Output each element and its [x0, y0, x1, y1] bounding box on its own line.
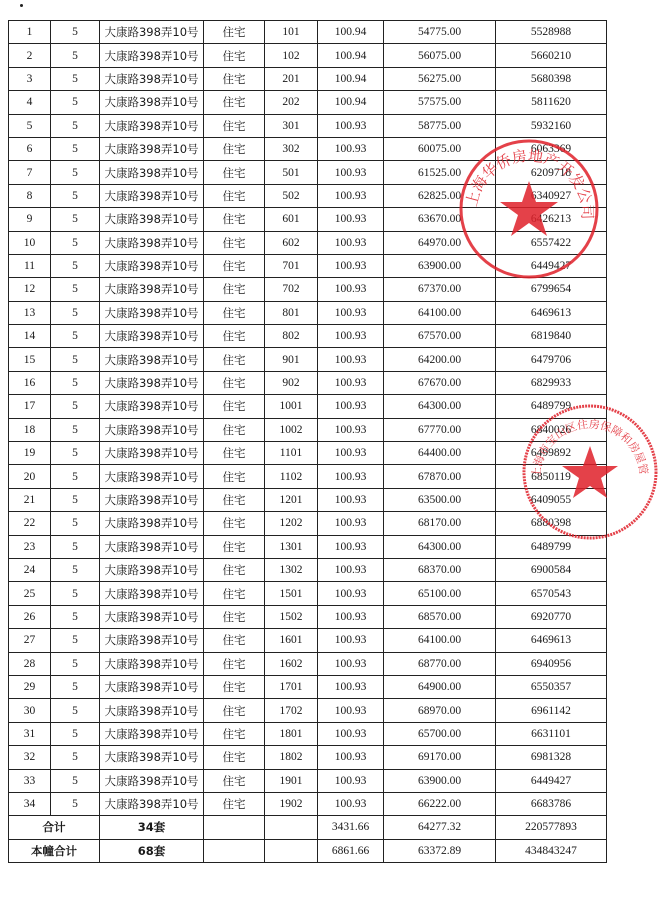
total-price-cell: 6449427: [496, 769, 607, 792]
table-row: 335大康路398弄10号住宅1901100.9363900.006449427: [9, 769, 607, 792]
table-row: 25大康路398弄10号住宅102100.9456075.005660210: [9, 44, 607, 67]
table-row: 175大康路398弄10号住宅1001100.9364300.006489799: [9, 395, 607, 418]
room-number-cell: 1802: [265, 746, 318, 769]
unit-price-cell: 64900.00: [384, 675, 496, 698]
total-price-cell: 5811620: [496, 91, 607, 114]
address-cell: 大康路398弄10号: [100, 91, 204, 114]
total-price-cell: 6479706: [496, 348, 607, 371]
floor-area-cell: 100.93: [318, 605, 384, 628]
room-number-cell: 201: [265, 67, 318, 90]
room-number-cell: 1302: [265, 558, 318, 581]
building-total-label: 本幢合计: [9, 839, 100, 862]
unit-price-cell: 67370.00: [384, 278, 496, 301]
floor-area-cell: 100.94: [318, 91, 384, 114]
unit-price-cell: 60075.00: [384, 137, 496, 160]
address-cell: 大康路398弄10号: [100, 769, 204, 792]
use-type-cell: 住宅: [204, 254, 265, 277]
room-number-cell: 1201: [265, 488, 318, 511]
table-row: 205大康路398弄10号住宅1102100.9367870.006850119: [9, 465, 607, 488]
table-row: 55大康路398弄10号住宅301100.9358775.005932160: [9, 114, 607, 137]
subtotal-area: 3431.66: [318, 816, 384, 839]
address-cell: 大康路398弄10号: [100, 675, 204, 698]
unit-price-cell: 57575.00: [384, 91, 496, 114]
unit-price-cell: 67570.00: [384, 325, 496, 348]
table-row: 265大康路398弄10号住宅1502100.9368570.006920770: [9, 605, 607, 628]
table-row: 35大康路398弄10号住宅201100.9456275.005680398: [9, 67, 607, 90]
subtotal-total: 220577893: [496, 816, 607, 839]
total-price-cell: 5680398: [496, 67, 607, 90]
row-number-cell: 3: [9, 67, 51, 90]
room-number-cell: 1701: [265, 675, 318, 698]
table-row: 75大康路398弄10号住宅501100.9361525.006209718: [9, 161, 607, 184]
unit-price-cell: 58775.00: [384, 114, 496, 137]
row-number-cell: 25: [9, 582, 51, 605]
use-type-cell: 住宅: [204, 558, 265, 581]
building-number-cell: 5: [51, 746, 100, 769]
room-number-cell: 701: [265, 254, 318, 277]
address-cell: 大康路398弄10号: [100, 792, 204, 815]
building-number-cell: 5: [51, 137, 100, 160]
floor-area-cell: 100.93: [318, 325, 384, 348]
floor-area-cell: 100.94: [318, 67, 384, 90]
total-price-cell: 6940956: [496, 652, 607, 675]
building-number-cell: 5: [51, 722, 100, 745]
unit-price-cell: 65100.00: [384, 582, 496, 605]
row-number-cell: 13: [9, 301, 51, 324]
unit-price-cell: 56275.00: [384, 67, 496, 90]
total-price-cell: 6819840: [496, 325, 607, 348]
use-type-cell: 住宅: [204, 746, 265, 769]
price-list-body: 15大康路398弄10号住宅101100.9454775.00552898825…: [9, 21, 607, 816]
room-number-cell: 1901: [265, 769, 318, 792]
address-cell: 大康路398弄10号: [100, 699, 204, 722]
address-cell: 大康路398弄10号: [100, 746, 204, 769]
room-number-cell: 301: [265, 114, 318, 137]
building-total-total: 434843247: [496, 839, 607, 862]
total-price-cell: 6840026: [496, 418, 607, 441]
use-type-cell: 住宅: [204, 582, 265, 605]
address-cell: 大康路398弄10号: [100, 488, 204, 511]
building-number-cell: 5: [51, 535, 100, 558]
building-number-cell: 5: [51, 769, 100, 792]
total-price-cell: 6981328: [496, 746, 607, 769]
use-type-cell: 住宅: [204, 91, 265, 114]
row-number-cell: 5: [9, 114, 51, 137]
row-number-cell: 33: [9, 769, 51, 792]
address-cell: 大康路398弄10号: [100, 325, 204, 348]
total-price-cell: 6489799: [496, 395, 607, 418]
table-row: 65大康路398弄10号住宅302100.9360075.006063369: [9, 137, 607, 160]
table-row: 15大康路398弄10号住宅101100.9454775.005528988: [9, 21, 607, 44]
total-price-cell: 6570543: [496, 582, 607, 605]
room-number-cell: 602: [265, 231, 318, 254]
address-cell: 大康路398弄10号: [100, 629, 204, 652]
building-number-cell: 5: [51, 442, 100, 465]
address-cell: 大康路398弄10号: [100, 161, 204, 184]
total-price-cell: 6557422: [496, 231, 607, 254]
row-number-cell: 6: [9, 137, 51, 160]
building-number-cell: 5: [51, 675, 100, 698]
use-type-cell: 住宅: [204, 792, 265, 815]
subtotal-row: 合计 34套 3431.66 64277.32 220577893: [9, 816, 607, 839]
unit-price-cell: 64300.00: [384, 395, 496, 418]
row-number-cell: 32: [9, 746, 51, 769]
total-price-cell: 6340927: [496, 184, 607, 207]
use-type-cell: 住宅: [204, 605, 265, 628]
row-number-cell: 9: [9, 208, 51, 231]
row-number-cell: 20: [9, 465, 51, 488]
room-number-cell: 101: [265, 21, 318, 44]
room-number-cell: 302: [265, 137, 318, 160]
row-number-cell: 30: [9, 699, 51, 722]
table-row: 135大康路398弄10号住宅801100.9364100.006469613: [9, 301, 607, 324]
use-type-cell: 住宅: [204, 301, 265, 324]
use-type-cell: 住宅: [204, 44, 265, 67]
room-number-cell: 1301: [265, 535, 318, 558]
unit-price-cell: 67770.00: [384, 418, 496, 441]
row-number-cell: 4: [9, 91, 51, 114]
row-number-cell: 27: [9, 629, 51, 652]
unit-price-cell: 64100.00: [384, 301, 496, 324]
unit-price-cell: 61525.00: [384, 161, 496, 184]
unit-price-cell: 56075.00: [384, 44, 496, 67]
address-cell: 大康路398弄10号: [100, 652, 204, 675]
total-price-cell: 6469613: [496, 301, 607, 324]
total-price-cell: 6449427: [496, 254, 607, 277]
row-number-cell: 15: [9, 348, 51, 371]
row-number-cell: 21: [9, 488, 51, 511]
unit-price-cell: 64200.00: [384, 348, 496, 371]
use-type-cell: 住宅: [204, 325, 265, 348]
use-type-cell: 住宅: [204, 465, 265, 488]
table-row: 105大康路398弄10号住宅602100.9364970.006557422: [9, 231, 607, 254]
price-list-table: 15大康路398弄10号住宅101100.9454775.00552898825…: [8, 20, 607, 863]
room-number-cell: 902: [265, 371, 318, 394]
table-row: 295大康路398弄10号住宅1701100.9364900.006550357: [9, 675, 607, 698]
total-price-cell: 6683786: [496, 792, 607, 815]
row-number-cell: 18: [9, 418, 51, 441]
floor-area-cell: 100.94: [318, 21, 384, 44]
total-price-cell: 6209718: [496, 161, 607, 184]
table-row: 315大康路398弄10号住宅1801100.9365700.006631101: [9, 722, 607, 745]
table-row: 255大康路398弄10号住宅1501100.9365100.006570543: [9, 582, 607, 605]
table-row: 145大康路398弄10号住宅802100.9367570.006819840: [9, 325, 607, 348]
total-price-cell: 6850119: [496, 465, 607, 488]
floor-area-cell: 100.93: [318, 395, 384, 418]
room-number-cell: 102: [265, 44, 318, 67]
floor-area-cell: 100.93: [318, 722, 384, 745]
table-row: 305大康路398弄10号住宅1702100.9368970.006961142: [9, 699, 607, 722]
address-cell: 大康路398弄10号: [100, 558, 204, 581]
building-number-cell: 5: [51, 465, 100, 488]
floor-area-cell: 100.93: [318, 278, 384, 301]
use-type-cell: 住宅: [204, 21, 265, 44]
total-price-cell: 6489799: [496, 535, 607, 558]
total-price-cell: 6799654: [496, 278, 607, 301]
total-price-cell: 6631101: [496, 722, 607, 745]
room-number-cell: 202: [265, 91, 318, 114]
room-number-cell: 901: [265, 348, 318, 371]
floor-area-cell: 100.93: [318, 465, 384, 488]
room-number-cell: 1702: [265, 699, 318, 722]
unit-price-cell: 67870.00: [384, 465, 496, 488]
building-total-empty-room: [265, 839, 318, 862]
building-number-cell: 5: [51, 325, 100, 348]
total-price-cell: 6900584: [496, 558, 607, 581]
floor-area-cell: 100.93: [318, 512, 384, 535]
use-type-cell: 住宅: [204, 442, 265, 465]
use-type-cell: 住宅: [204, 395, 265, 418]
subtotal-count: 34套: [100, 816, 204, 839]
address-cell: 大康路398弄10号: [100, 137, 204, 160]
total-price-cell: 5660210: [496, 44, 607, 67]
table-row: 165大康路398弄10号住宅902100.9367670.006829933: [9, 371, 607, 394]
building-number-cell: 5: [51, 488, 100, 511]
building-number-cell: 5: [51, 558, 100, 581]
total-price-cell: 6829933: [496, 371, 607, 394]
scan-speck: [20, 4, 23, 7]
row-number-cell: 11: [9, 254, 51, 277]
building-number-cell: 5: [51, 161, 100, 184]
building-number-cell: 5: [51, 44, 100, 67]
floor-area-cell: 100.93: [318, 254, 384, 277]
floor-area-cell: 100.93: [318, 442, 384, 465]
total-price-cell: 6880398: [496, 512, 607, 535]
address-cell: 大康路398弄10号: [100, 348, 204, 371]
unit-price-cell: 63900.00: [384, 254, 496, 277]
building-number-cell: 5: [51, 395, 100, 418]
building-number-cell: 5: [51, 21, 100, 44]
row-number-cell: 10: [9, 231, 51, 254]
building-number-cell: 5: [51, 278, 100, 301]
address-cell: 大康路398弄10号: [100, 44, 204, 67]
building-total-avg-price: 63372.89: [384, 839, 496, 862]
room-number-cell: 1202: [265, 512, 318, 535]
use-type-cell: 住宅: [204, 652, 265, 675]
building-number-cell: 5: [51, 605, 100, 628]
room-number-cell: 1002: [265, 418, 318, 441]
building-number-cell: 5: [51, 629, 100, 652]
total-price-cell: 6426213: [496, 208, 607, 231]
use-type-cell: 住宅: [204, 722, 265, 745]
unit-price-cell: 65700.00: [384, 722, 496, 745]
use-type-cell: 住宅: [204, 629, 265, 652]
unit-price-cell: 68570.00: [384, 605, 496, 628]
building-total-area: 6861.66: [318, 839, 384, 862]
address-cell: 大康路398弄10号: [100, 208, 204, 231]
row-number-cell: 29: [9, 675, 51, 698]
use-type-cell: 住宅: [204, 535, 265, 558]
row-number-cell: 23: [9, 535, 51, 558]
address-cell: 大康路398弄10号: [100, 605, 204, 628]
unit-price-cell: 63500.00: [384, 488, 496, 511]
floor-area-cell: 100.93: [318, 208, 384, 231]
total-price-cell: 6550357: [496, 675, 607, 698]
address-cell: 大康路398弄10号: [100, 722, 204, 745]
unit-price-cell: 68970.00: [384, 699, 496, 722]
total-price-cell: 5528988: [496, 21, 607, 44]
floor-area-cell: 100.93: [318, 301, 384, 324]
use-type-cell: 住宅: [204, 418, 265, 441]
building-number-cell: 5: [51, 67, 100, 90]
room-number-cell: 702: [265, 278, 318, 301]
floor-area-cell: 100.93: [318, 582, 384, 605]
row-number-cell: 31: [9, 722, 51, 745]
room-number-cell: 1001: [265, 395, 318, 418]
floor-area-cell: 100.93: [318, 558, 384, 581]
room-number-cell: 801: [265, 301, 318, 324]
row-number-cell: 12: [9, 278, 51, 301]
building-total-row: 本幢合计 68套 6861.66 63372.89 434843247: [9, 839, 607, 862]
building-number-cell: 5: [51, 582, 100, 605]
row-number-cell: 14: [9, 325, 51, 348]
unit-price-cell: 62825.00: [384, 184, 496, 207]
row-number-cell: 22: [9, 512, 51, 535]
address-cell: 大康路398弄10号: [100, 371, 204, 394]
floor-area-cell: 100.93: [318, 371, 384, 394]
row-number-cell: 2: [9, 44, 51, 67]
subtotal-empty-use: [204, 816, 265, 839]
table-row: 345大康路398弄10号住宅1902100.9366222.006683786: [9, 792, 607, 815]
subtotal-empty-room: [265, 816, 318, 839]
subtotal-label: 合计: [9, 816, 100, 839]
room-number-cell: 1101: [265, 442, 318, 465]
total-price-cell: 6920770: [496, 605, 607, 628]
row-number-cell: 17: [9, 395, 51, 418]
floor-area-cell: 100.93: [318, 137, 384, 160]
total-price-cell: 6409055: [496, 488, 607, 511]
use-type-cell: 住宅: [204, 699, 265, 722]
table-row: 185大康路398弄10号住宅1002100.9367770.006840026: [9, 418, 607, 441]
total-price-cell: 5932160: [496, 114, 607, 137]
use-type-cell: 住宅: [204, 488, 265, 511]
address-cell: 大康路398弄10号: [100, 301, 204, 324]
address-cell: 大康路398弄10号: [100, 395, 204, 418]
unit-price-cell: 64400.00: [384, 442, 496, 465]
room-number-cell: 1602: [265, 652, 318, 675]
use-type-cell: 住宅: [204, 675, 265, 698]
address-cell: 大康路398弄10号: [100, 231, 204, 254]
unit-price-cell: 68370.00: [384, 558, 496, 581]
room-number-cell: 501: [265, 161, 318, 184]
use-type-cell: 住宅: [204, 161, 265, 184]
row-number-cell: 28: [9, 652, 51, 675]
use-type-cell: 住宅: [204, 67, 265, 90]
room-number-cell: 1501: [265, 582, 318, 605]
table-row: 155大康路398弄10号住宅901100.9364200.006479706: [9, 348, 607, 371]
use-type-cell: 住宅: [204, 348, 265, 371]
table-row: 125大康路398弄10号住宅702100.9367370.006799654: [9, 278, 607, 301]
use-type-cell: 住宅: [204, 114, 265, 137]
building-total-count: 68套: [100, 839, 204, 862]
unit-price-cell: 54775.00: [384, 21, 496, 44]
use-type-cell: 住宅: [204, 278, 265, 301]
use-type-cell: 住宅: [204, 184, 265, 207]
use-type-cell: 住宅: [204, 208, 265, 231]
address-cell: 大康路398弄10号: [100, 184, 204, 207]
floor-area-cell: 100.93: [318, 746, 384, 769]
address-cell: 大康路398弄10号: [100, 278, 204, 301]
floor-area-cell: 100.93: [318, 792, 384, 815]
address-cell: 大康路398弄10号: [100, 114, 204, 137]
floor-area-cell: 100.93: [318, 652, 384, 675]
address-cell: 大康路398弄10号: [100, 512, 204, 535]
row-number-cell: 8: [9, 184, 51, 207]
floor-area-cell: 100.93: [318, 535, 384, 558]
unit-price-cell: 63670.00: [384, 208, 496, 231]
building-number-cell: 5: [51, 184, 100, 207]
building-number-cell: 5: [51, 231, 100, 254]
floor-area-cell: 100.93: [318, 769, 384, 792]
use-type-cell: 住宅: [204, 231, 265, 254]
address-cell: 大康路398弄10号: [100, 254, 204, 277]
address-cell: 大康路398弄10号: [100, 21, 204, 44]
building-number-cell: 5: [51, 418, 100, 441]
building-number-cell: 5: [51, 371, 100, 394]
building-number-cell: 5: [51, 114, 100, 137]
floor-area-cell: 100.93: [318, 231, 384, 254]
table-row: 245大康路398弄10号住宅1302100.9368370.006900584: [9, 558, 607, 581]
address-cell: 大康路398弄10号: [100, 67, 204, 90]
row-number-cell: 19: [9, 442, 51, 465]
table-row: 45大康路398弄10号住宅202100.9457575.005811620: [9, 91, 607, 114]
unit-price-cell: 68770.00: [384, 652, 496, 675]
room-number-cell: 601: [265, 208, 318, 231]
floor-area-cell: 100.93: [318, 699, 384, 722]
unit-price-cell: 64300.00: [384, 535, 496, 558]
room-number-cell: 1801: [265, 722, 318, 745]
address-cell: 大康路398弄10号: [100, 442, 204, 465]
building-total-empty-use: [204, 839, 265, 862]
table-row: 235大康路398弄10号住宅1301100.9364300.006489799: [9, 535, 607, 558]
table-row: 225大康路398弄10号住宅1202100.9368170.006880398: [9, 512, 607, 535]
building-number-cell: 5: [51, 301, 100, 324]
table-row: 195大康路398弄10号住宅1101100.9364400.006499892: [9, 442, 607, 465]
total-price-cell: 6961142: [496, 699, 607, 722]
total-price-cell: 6469613: [496, 629, 607, 652]
use-type-cell: 住宅: [204, 769, 265, 792]
address-cell: 大康路398弄10号: [100, 418, 204, 441]
building-number-cell: 5: [51, 512, 100, 535]
floor-area-cell: 100.93: [318, 488, 384, 511]
unit-price-cell: 64970.00: [384, 231, 496, 254]
table-row: 285大康路398弄10号住宅1602100.9368770.006940956: [9, 652, 607, 675]
room-number-cell: 1502: [265, 605, 318, 628]
row-number-cell: 7: [9, 161, 51, 184]
floor-area-cell: 100.93: [318, 161, 384, 184]
floor-area-cell: 100.93: [318, 348, 384, 371]
row-number-cell: 24: [9, 558, 51, 581]
table-row: 115大康路398弄10号住宅701100.9363900.006449427: [9, 254, 607, 277]
unit-price-cell: 63900.00: [384, 769, 496, 792]
unit-price-cell: 68170.00: [384, 512, 496, 535]
subtotal-avg-price: 64277.32: [384, 816, 496, 839]
room-number-cell: 1902: [265, 792, 318, 815]
row-number-cell: 16: [9, 371, 51, 394]
table-row: 95大康路398弄10号住宅601100.9363670.006426213: [9, 208, 607, 231]
table-row: 85大康路398弄10号住宅502100.9362825.006340927: [9, 184, 607, 207]
room-number-cell: 802: [265, 325, 318, 348]
building-number-cell: 5: [51, 208, 100, 231]
building-number-cell: 5: [51, 348, 100, 371]
building-number-cell: 5: [51, 91, 100, 114]
building-number-cell: 5: [51, 699, 100, 722]
address-cell: 大康路398弄10号: [100, 535, 204, 558]
address-cell: 大康路398弄10号: [100, 465, 204, 488]
unit-price-cell: 69170.00: [384, 746, 496, 769]
row-number-cell: 1: [9, 21, 51, 44]
use-type-cell: 住宅: [204, 137, 265, 160]
